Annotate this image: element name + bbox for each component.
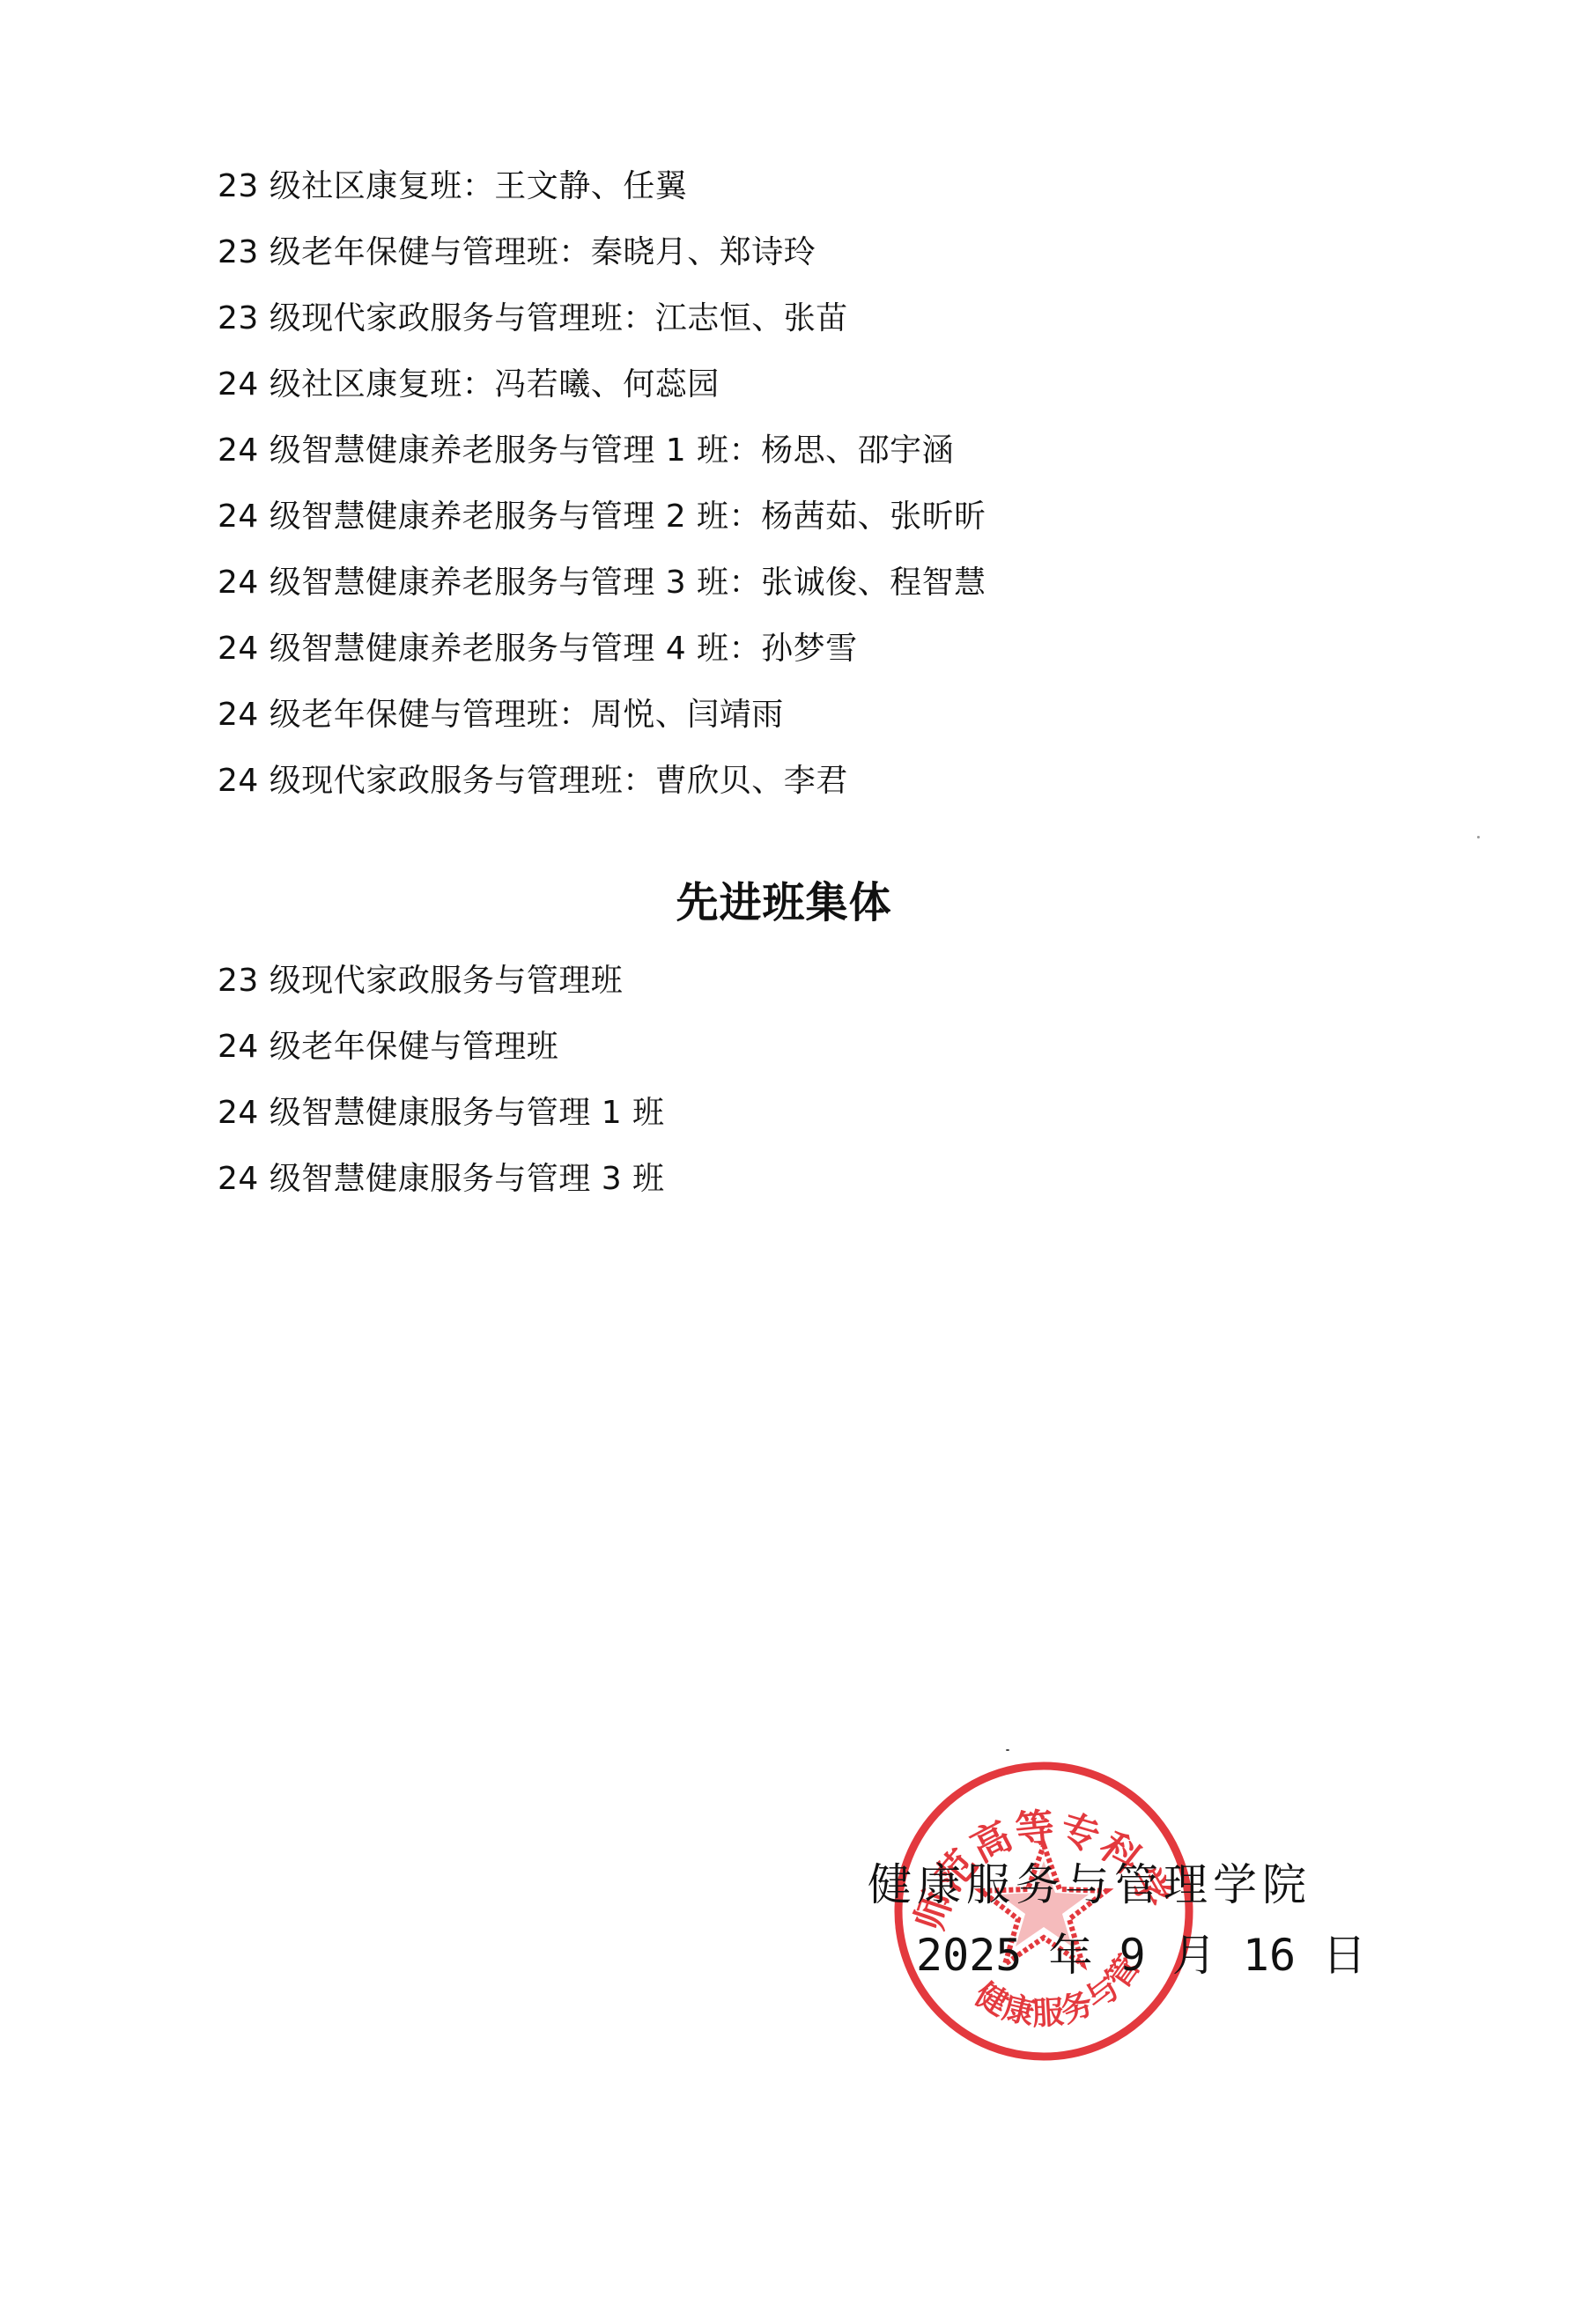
award-entry: 24 级社区康复班：冯若曦、何蕊园	[218, 351, 986, 417]
signature-block: 健康服务与管理学院 2025 年 9 月 16 日	[868, 1850, 1282, 1990]
student-names: 杨茜茹、张昕昕	[761, 499, 986, 535]
scan-speck	[1477, 836, 1480, 838]
class-name: 23 级社区康复班	[218, 168, 462, 204]
class-name: 24 级智慧健康养老服务与管理 2 班	[218, 499, 729, 535]
class-name: 23 级现代家政服务与管理班	[218, 300, 623, 336]
award-entry: 24 级现代家政服务与管理班：曹欣贝、李君	[218, 748, 986, 814]
section-heading-advanced-class: 先进班集体	[0, 872, 1568, 934]
class-name: 24 级智慧健康养老服务与管理 1 班	[218, 432, 729, 469]
student-names: 江志恒、张苗	[655, 300, 848, 336]
separator: ：	[558, 697, 591, 733]
advanced-class-list: 23 级现代家政服务与管理班 24 级老年保健与管理班 24 级智慧健康服务与管…	[218, 948, 665, 1212]
separator: ：	[623, 300, 655, 336]
separator: ：	[462, 366, 495, 403]
separator: ：	[729, 565, 762, 601]
separator: ：	[623, 763, 655, 799]
separator: ：	[729, 631, 762, 667]
award-entry: 24 级智慧健康养老服务与管理 1 班：杨思、邵宇涵	[218, 417, 986, 484]
advanced-class-entry: 24 级智慧健康服务与管理 1 班	[218, 1080, 665, 1146]
award-entry: 24 级智慧健康养老服务与管理 3 班：张诚俊、程智慧	[218, 550, 986, 616]
student-names: 孙梦雪	[761, 631, 858, 667]
advanced-class-entry: 24 级智慧健康服务与管理 3 班	[218, 1146, 665, 1212]
individual-award-list: 23 级社区康复班：王文静、任翼 23 级老年保健与管理班：秦晓月、郑诗玲 23…	[218, 153, 986, 814]
student-names: 王文静、任翼	[494, 168, 687, 204]
class-name: 24 级现代家政服务与管理班	[218, 763, 623, 799]
separator: ：	[558, 234, 591, 270]
class-name: 24 级智慧健康养老服务与管理 3 班	[218, 565, 729, 601]
award-entry: 23 级社区康复班：王文静、任翼	[218, 153, 986, 219]
award-entry: 23 级现代家政服务与管理班：江志恒、张苗	[218, 285, 986, 351]
advanced-class-entry: 23 级现代家政服务与管理班	[218, 948, 665, 1014]
separator: ：	[729, 499, 762, 535]
award-entry: 24 级智慧健康养老服务与管理 4 班：孙梦雪	[218, 616, 986, 682]
student-names: 秦晓月、郑诗玲	[591, 234, 816, 270]
separator: ：	[729, 432, 762, 469]
award-entry: 24 级智慧健康养老服务与管理 2 班：杨茜茹、张昕昕	[218, 484, 986, 550]
advanced-class-entry: 24 级老年保健与管理班	[218, 1014, 665, 1080]
student-names: 曹欣贝、李君	[655, 763, 848, 799]
scan-speck	[1006, 1749, 1009, 1751]
signing-date: 2025 年 9 月 16 日	[916, 1920, 1282, 1990]
class-name: 24 级老年保健与管理班	[218, 697, 558, 733]
separator: ：	[462, 168, 495, 204]
student-names: 周悦、闫靖雨	[591, 697, 784, 733]
class-name: 23 级老年保健与管理班	[218, 234, 558, 270]
student-names: 冯若曦、何蕊园	[494, 366, 720, 403]
document-page: 23 级社区康复班：王文静、任翼 23 级老年保健与管理班：秦晓月、郑诗玲 23…	[0, 0, 1596, 2297]
class-name: 24 级社区康复班	[218, 366, 462, 403]
award-entry: 24 级老年保健与管理班：周悦、闫靖雨	[218, 682, 986, 748]
student-names: 杨思、邵宇涵	[761, 432, 954, 469]
student-names: 张诚俊、程智慧	[761, 565, 986, 601]
award-entry: 23 级老年保健与管理班：秦晓月、郑诗玲	[218, 219, 986, 285]
signing-organization: 健康服务与管理学院	[868, 1850, 1282, 1920]
class-name: 24 级智慧健康养老服务与管理 4 班	[218, 631, 729, 667]
